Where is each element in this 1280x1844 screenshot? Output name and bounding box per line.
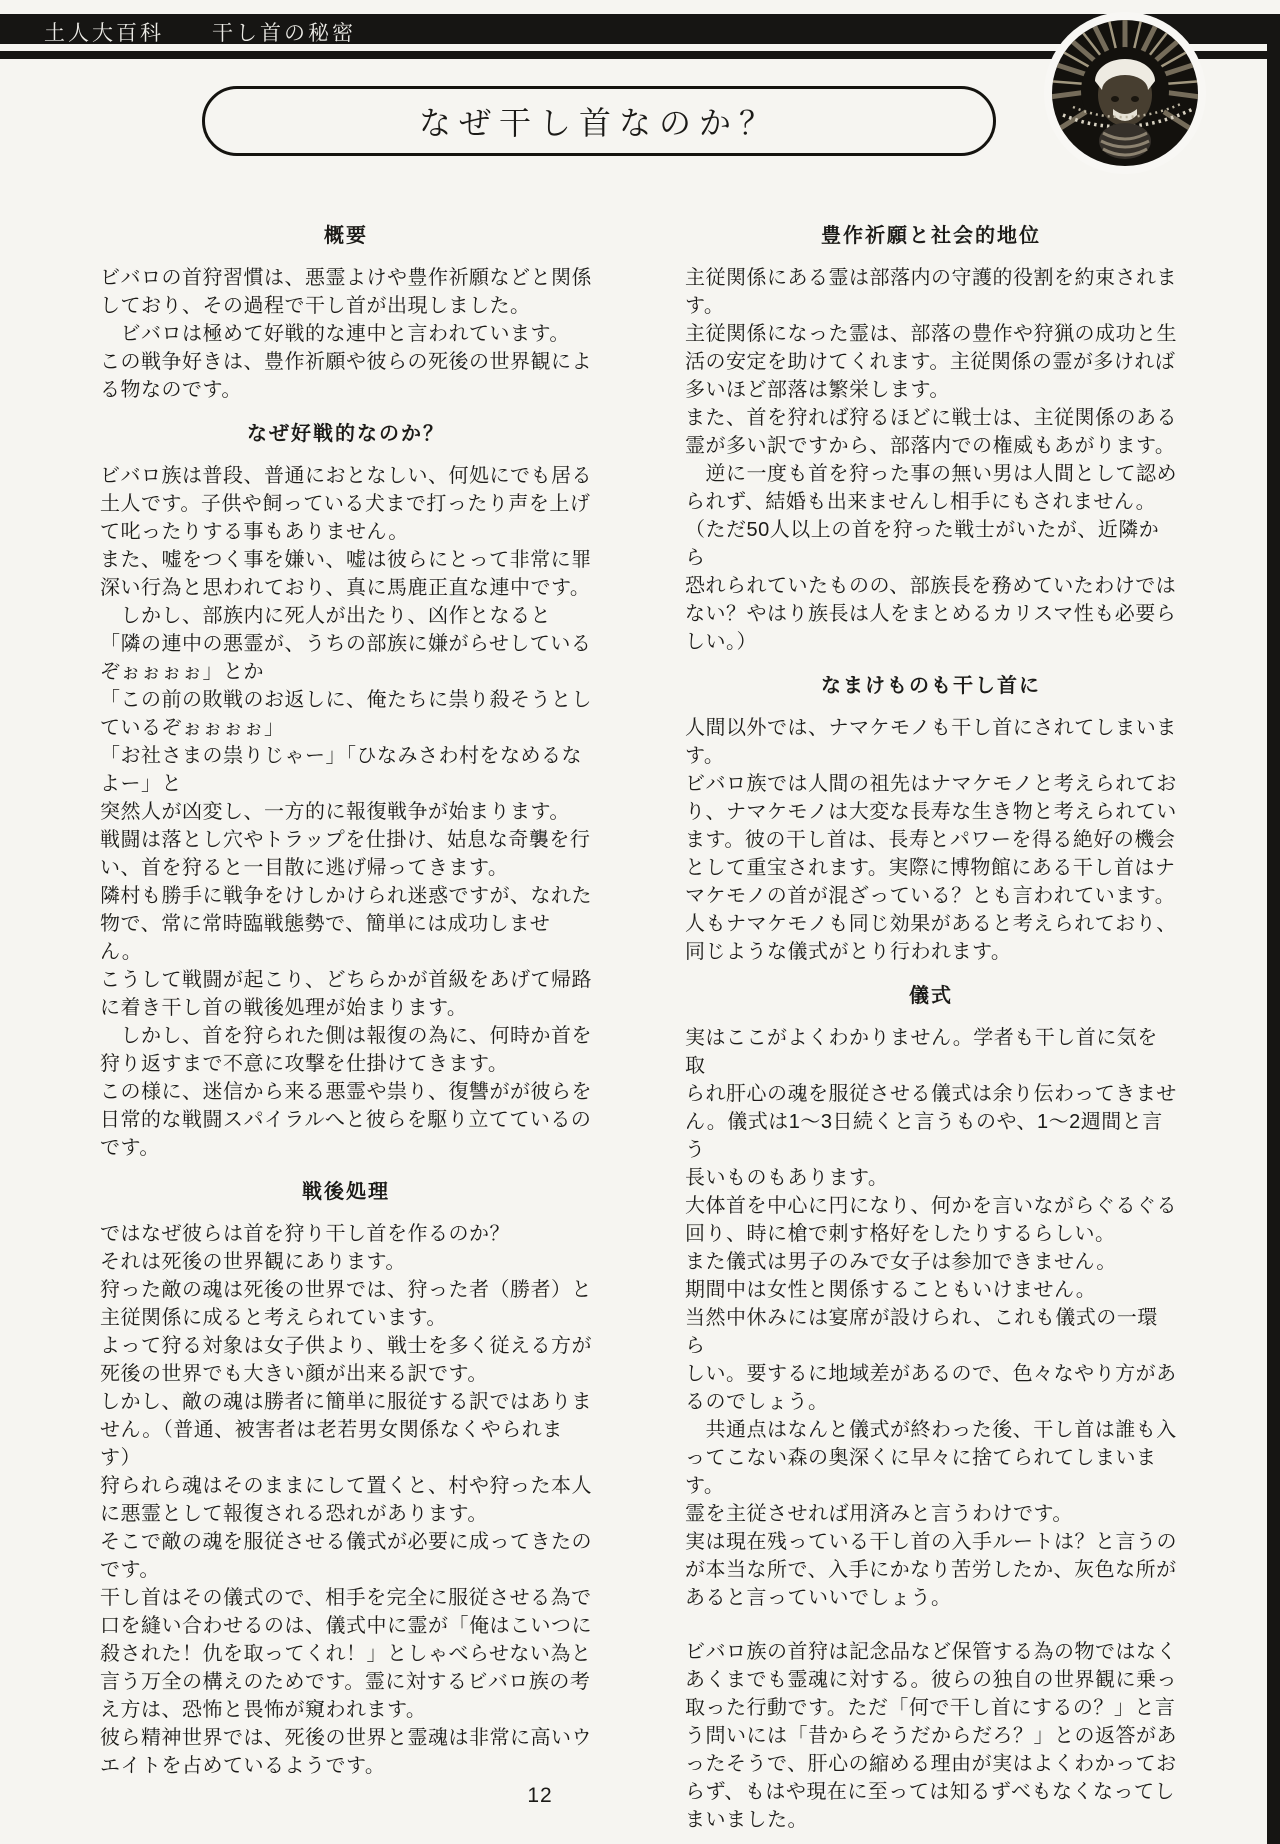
section-overview: 概要 ビバロの首狩習慣は、悪霊よけや豊作祈願などと関係 しており、その過程で干し…: [100, 222, 592, 404]
section-sloth: なまけものも干し首に 人間以外では、ナマケモノも干し首にされてしまいま す。 ビ…: [685, 672, 1177, 966]
tribal-portrait-photo: [1043, 11, 1207, 175]
section-postwar-heading: 戦後処理: [100, 1178, 592, 1206]
section-harvest-status-body: 主従関係にある霊は部落内の守護的役割を約束されま す。 主従関係になった霊は、部…: [685, 264, 1177, 656]
section-sloth-body: 人間以外では、ナマケモノも干し首にされてしまいま す。 ビバロ族では人間の祖先は…: [685, 714, 1177, 966]
section-why-warlike-body: ビバロ族は普段、普通におとなしい、何処にでも居る 土人です。子供や飼っている犬ま…: [100, 462, 592, 1162]
section-postwar-body: ではなぜ彼らは首を狩り干し首を作るのか？ それは死後の世界観にあります。 狩った…: [100, 1220, 592, 1780]
section-ritual: 儀式 実はここがよくわかりません。学者も干し首に気を取 られ肝心の魂を服従させる…: [685, 982, 1177, 1612]
portrait-photo-frame: [1043, 11, 1207, 175]
section-overview-heading: 概要: [100, 222, 592, 250]
page-edge-bar: [1267, 14, 1280, 1844]
chapter-title: 干し首の秘密: [212, 17, 356, 47]
header-labels: 土人大百科 干し首の秘密: [44, 17, 356, 47]
section-why-warlike-heading: なぜ好戦的なのか？: [100, 420, 592, 448]
column-right: 豊作祈願と社会的地位 主従関係にある霊は部落内の守護的役割を約束されま す。 主…: [685, 222, 1177, 1834]
page-title: なぜ干し首なのか？: [419, 98, 779, 144]
section-harvest-status-heading: 豊作祈願と社会的地位: [685, 222, 1177, 250]
closing-paragraph: ビバロ族の首狩は記念品など保管する為の物ではなく あくまでも霊魂に対する。彼らの…: [685, 1638, 1177, 1834]
section-harvest-status: 豊作祈願と社会的地位 主従関係にある霊は部落内の守護的役割を約束されま す。 主…: [685, 222, 1177, 656]
section-why-warlike: なぜ好戦的なのか？ ビバロ族は普段、普通におとなしい、何処にでも居る 土人です。…: [100, 420, 592, 1162]
column-left: 概要 ビバロの首狩習慣は、悪霊よけや豊作祈願などと関係 しており、その過程で干し…: [100, 222, 592, 1780]
section-ritual-body: 実はここがよくわかりません。学者も干し首に気を取 られ肝心の魂を服従させる儀式は…: [685, 1024, 1177, 1612]
section-sloth-heading: なまけものも干し首に: [685, 672, 1177, 700]
series-title: 土人大百科: [44, 17, 164, 47]
page-title-box: なぜ干し首なのか？: [202, 86, 996, 156]
section-ritual-heading: 儀式: [685, 982, 1177, 1010]
page-number: 12: [500, 1784, 580, 1808]
section-postwar: 戦後処理 ではなぜ彼らは首を狩り干し首を作るのか？ それは死後の世界観にあります…: [100, 1178, 592, 1780]
section-overview-body: ビバロの首狩習慣は、悪霊よけや豊作祈願などと関係 しており、その過程で干し首が出…: [100, 264, 592, 404]
